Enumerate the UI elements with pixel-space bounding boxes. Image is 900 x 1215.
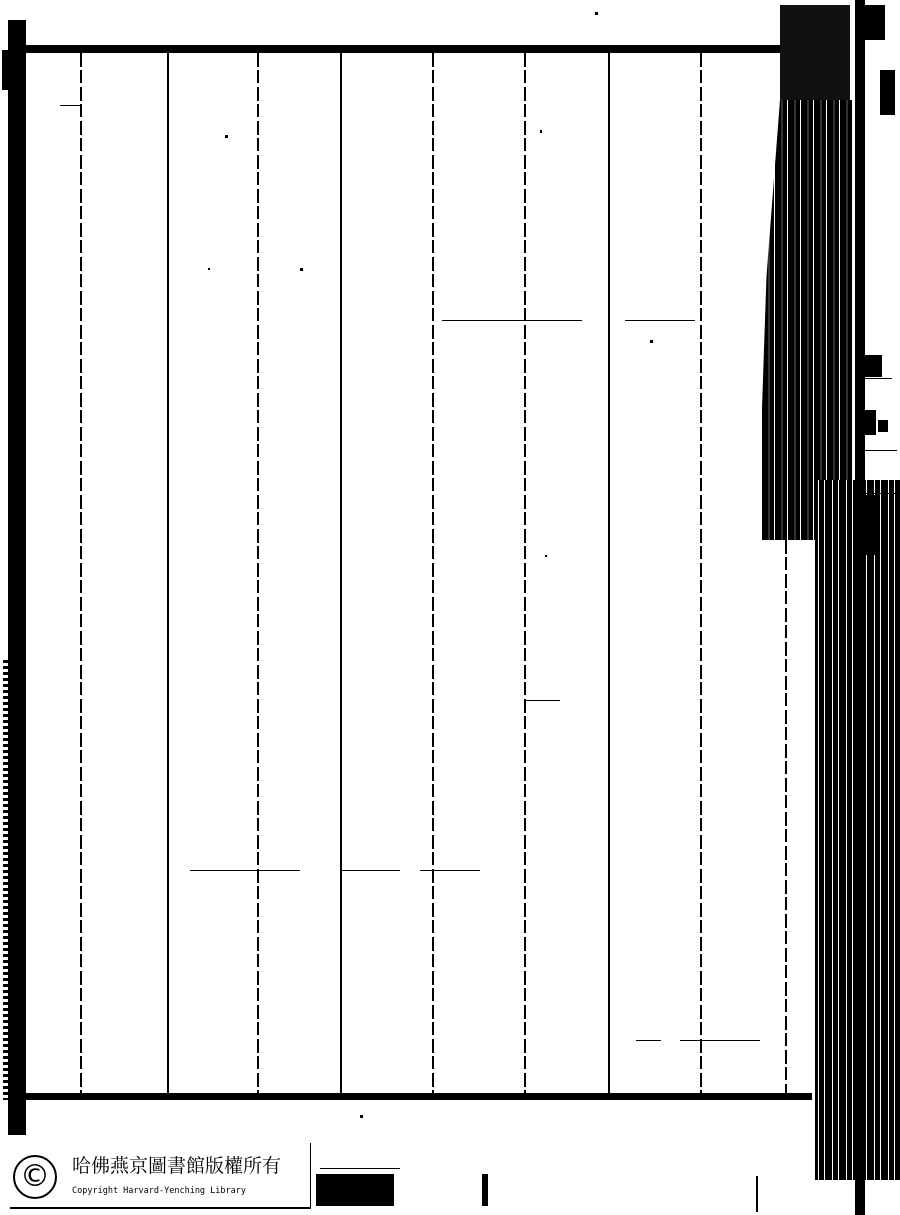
guide-mark	[525, 700, 560, 701]
copyright-chinese-text: 哈佛燕京圖書館版權所有	[72, 1151, 281, 1178]
guide-mark	[625, 320, 695, 321]
guide-mark	[420, 870, 480, 871]
column-rule	[608, 53, 610, 1093]
copyright-icon: ©	[13, 1155, 57, 1199]
binding-edge-texture	[762, 100, 852, 540]
scan-mark	[320, 1168, 400, 1169]
column-rule	[167, 53, 169, 1093]
speck	[545, 555, 547, 557]
edge-tab	[862, 410, 876, 435]
scanned-page: © 哈佛燕京圖書館版權所有 Copyright Harvard-Yenching…	[0, 0, 900, 1215]
page-border-top	[22, 45, 792, 53]
copyright-english-text: Copyright Harvard-Yenching Library	[72, 1186, 246, 1196]
speck	[225, 135, 228, 138]
scan-mark	[482, 1174, 488, 1206]
speck	[360, 1115, 363, 1118]
speck	[300, 268, 303, 271]
scan-block	[316, 1174, 394, 1206]
edge-line	[862, 493, 897, 494]
edge-tab	[878, 420, 888, 432]
binding-edge-line	[855, 0, 865, 1215]
column-rule	[524, 53, 526, 1093]
speck	[208, 268, 210, 270]
guide-mark	[680, 1040, 760, 1041]
edge-tab	[862, 495, 876, 555]
guide-mark	[190, 870, 300, 871]
edge-tab	[880, 70, 895, 115]
page-border-bottom	[22, 1093, 812, 1100]
copyright-stamp: © 哈佛燕京圖書館版權所有 Copyright Harvard-Yenching…	[10, 1143, 311, 1209]
scan-mark	[756, 1176, 758, 1212]
guide-mark	[60, 105, 80, 106]
speck	[595, 12, 598, 15]
guide-mark	[636, 1040, 661, 1041]
column-rule	[432, 53, 434, 1093]
edge-line	[862, 378, 892, 379]
column-rule	[340, 53, 342, 1093]
page-border-left	[8, 20, 26, 1135]
speck	[650, 340, 653, 343]
column-rule	[700, 53, 702, 1093]
speck	[540, 130, 542, 133]
edge-tab	[865, 5, 885, 40]
column-rule	[80, 53, 82, 1093]
edge-tab	[862, 355, 882, 377]
column-rule	[257, 53, 259, 1093]
guide-mark	[340, 870, 400, 871]
edge-line	[862, 450, 897, 451]
guide-mark	[442, 320, 582, 321]
